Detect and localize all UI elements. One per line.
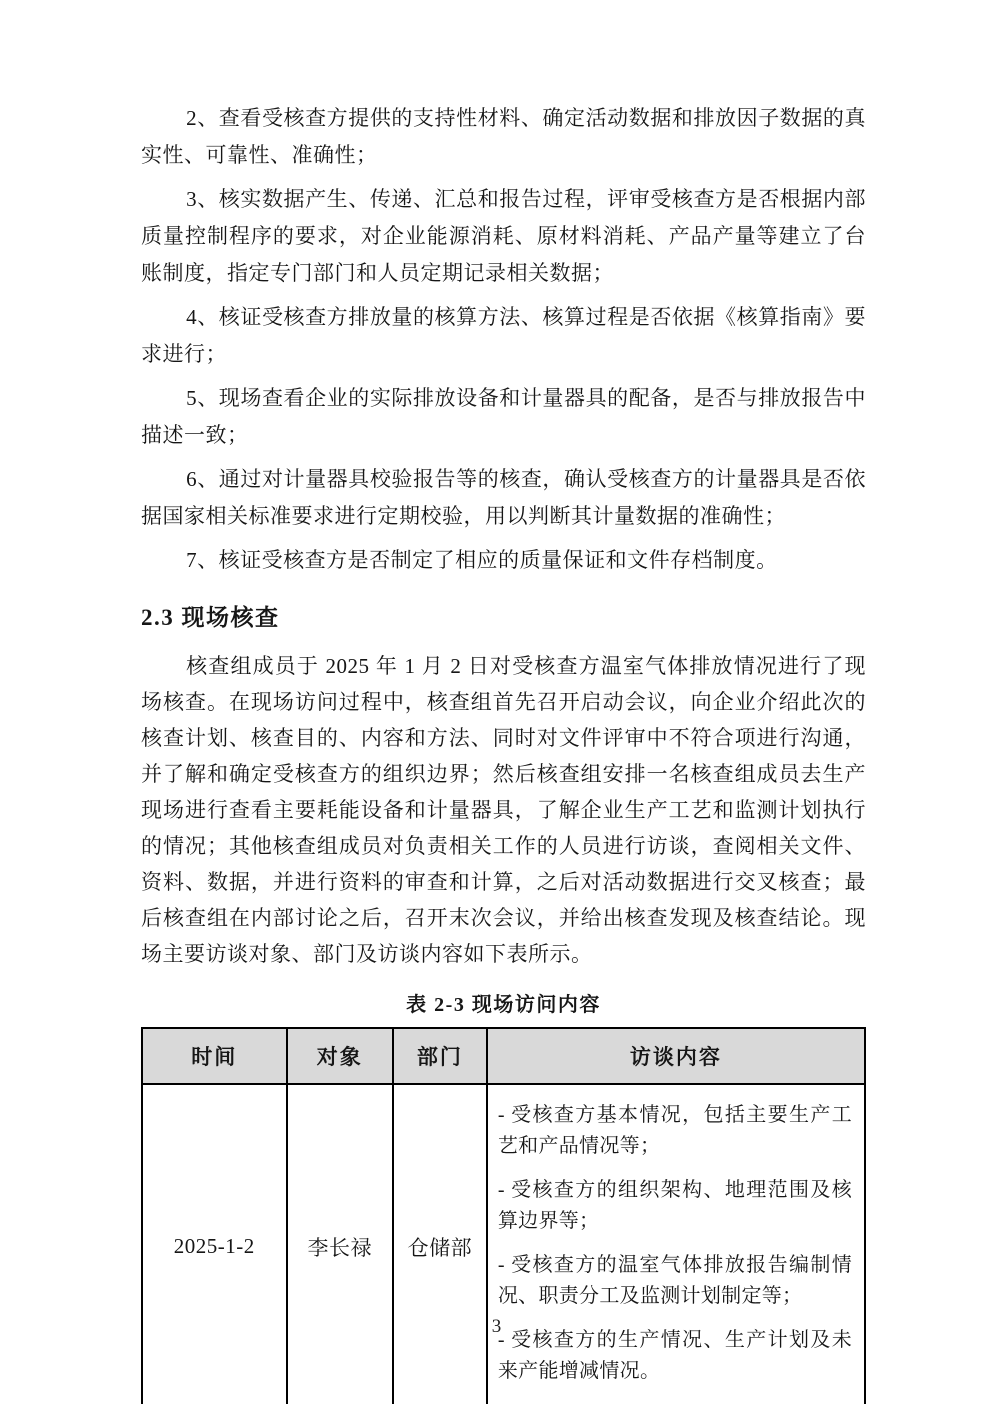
header-cell-time: 时间: [142, 1028, 287, 1084]
numbered-paragraph-5: 5、现场查看企业的实际排放设备和计量器具的配备，是否与排放报告中描述一致；: [141, 380, 866, 454]
table-caption: 表 2-3 现场访问内容: [141, 988, 866, 1017]
cell-interview-content: - 受核查方基本情况，包括主要生产工艺和产品情况等； - 受核查方的组织架构、地…: [487, 1084, 865, 1404]
cell-time: 2025-1-2: [142, 1084, 287, 1404]
interview-topic-2: - 受核查方的组织架构、地理范围及核算边界等；: [498, 1175, 852, 1237]
table-header-row: 时间 对象 部门 访谈内容: [142, 1028, 865, 1084]
cell-interviewee: 李长禄: [287, 1084, 393, 1404]
numbered-paragraph-7: 7、核证受核查方是否制定了相应的质量保证和文件存档制度。: [141, 542, 866, 579]
numbered-paragraph-2: 2、查看受核查方提供的支持性材料、确定活动数据和排放因子数据的真实性、可靠性、准…: [141, 100, 866, 174]
section-body-paragraph: 核查组成员于 2025 年 1 月 2 日对受核查方温室气体排放情况进行了现场核…: [141, 648, 866, 972]
section-heading: 2.3 现场核查: [141, 599, 866, 632]
header-cell-department: 部门: [393, 1028, 487, 1084]
numbered-paragraph-3: 3、核实数据产生、传递、汇总和报告过程，评审受核查方是否根据内部质量控制程序的要…: [141, 181, 866, 292]
interview-topic-1: - 受核查方基本情况，包括主要生产工艺和产品情况等；: [498, 1100, 852, 1162]
header-cell-interview-content: 访谈内容: [487, 1028, 865, 1084]
table-row: 2025-1-2 李长禄 仓储部 - 受核查方基本情况，包括主要生产工艺和产品情…: [142, 1084, 865, 1404]
site-visit-table: 时间 对象 部门 访谈内容 2025-1-2 李长禄 仓储部 - 受核查方基本情…: [141, 1027, 866, 1404]
page-number: 3: [0, 1316, 993, 1338]
document-page: 2、查看受核查方提供的支持性材料、确定活动数据和排放因子数据的真实性、可靠性、准…: [0, 0, 993, 1404]
interview-topic-3: - 受核查方的温室气体排放报告编制情况、职责分工及监测计划制定等；: [498, 1250, 852, 1312]
page-content: 2、查看受核查方提供的支持性材料、确定活动数据和排放因子数据的真实性、可靠性、准…: [141, 100, 866, 1404]
header-cell-interviewee: 对象: [287, 1028, 393, 1084]
cell-department: 仓储部: [393, 1084, 487, 1404]
numbered-paragraph-6: 6、通过对计量器具校验报告等的核查，确认受核查方的计量器具是否依据国家相关标准要…: [141, 461, 866, 535]
numbered-paragraph-4: 4、核证受核查方排放量的核算方法、核算过程是否依据《核算指南》要求进行；: [141, 299, 866, 373]
